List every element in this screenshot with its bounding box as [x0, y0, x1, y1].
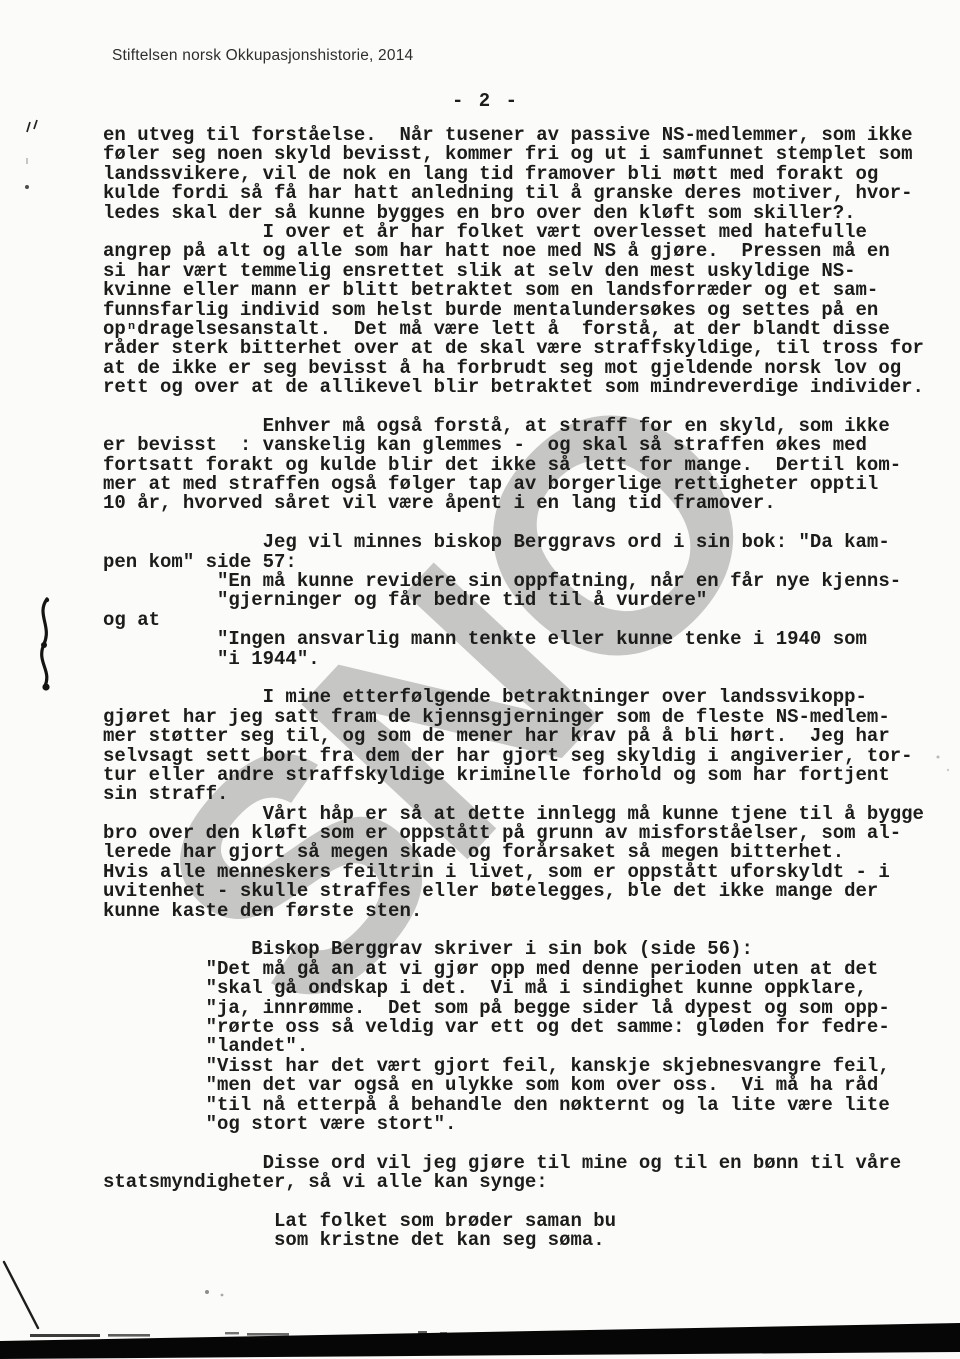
page-number: - 2 -	[452, 90, 519, 112]
scan-bottom-band	[0, 1323, 960, 1359]
text-line: "landet".	[103, 1037, 924, 1056]
text-line: Jeg vil minnes biskop Berggravs ord i si…	[103, 533, 924, 552]
text-line: "skal gå ondskap i det. Vi må i sindighe…	[103, 979, 924, 998]
ink-brace-mark	[41, 598, 50, 691]
text-line: "i 1944".	[103, 650, 924, 669]
text-line	[103, 1134, 924, 1153]
text-line: "og stort være stort".	[103, 1115, 924, 1134]
text-line: kunne kaste den første sten.	[103, 902, 924, 921]
pen-tick-marks	[25, 120, 37, 189]
text-line: uvitenhet - skulle straffes eller bøtele…	[103, 882, 924, 901]
text-line: Biskop Berggrav skriver i sin bok (side …	[103, 940, 924, 959]
text-line: "Ingen ansvarlig mann tenkte eller kunne…	[103, 630, 924, 649]
text-line	[103, 397, 924, 416]
text-line: rett og over at de allikevel blir betrak…	[103, 378, 924, 397]
text-line: som kristne det kan seg søma.	[103, 1231, 924, 1250]
scanned-document-page: Stiftelsen norsk Okkupasjonshistorie, 20…	[0, 0, 960, 1359]
text-line: "til nå etterpå å behandle den nøkternt …	[103, 1096, 924, 1115]
text-line: I mine etterfølgende betraktninger over …	[103, 688, 924, 707]
text-line: selvsagt sett bort fra dem der har gjort…	[103, 747, 924, 766]
text-line: funnsfarlig individ som helst burde ment…	[103, 301, 924, 320]
text-line: kulde fordi så få har hatt anledning til…	[103, 184, 924, 203]
text-line: mer støtter seg til, og som de mener har…	[103, 727, 924, 746]
text-line: statsmyndigheter, så vi alle kan synge:	[103, 1173, 924, 1192]
archive-stamp: Stiftelsen norsk Okkupasjonshistorie, 20…	[112, 47, 413, 65]
typewritten-text: en utveg til forståelse. Når tusener av …	[103, 126, 924, 1251]
text-line: råder sterk bitterhet over at de skal væ…	[103, 339, 924, 358]
text-line: angrep på alt og alle som har hatt noe m…	[103, 242, 924, 261]
text-line: er bevisst : vanskelig kan glemmes - og …	[103, 436, 924, 455]
text-line: kvinne eller mann er blitt betraktet som…	[103, 281, 924, 300]
text-line: sin straff.	[103, 785, 924, 804]
text-line: føler seg noen skyld bevisst, kommer fri…	[103, 145, 924, 164]
text-line: "gjerninger og får bedre tid til å vurde…	[103, 591, 924, 610]
text-line: 10 år, hvorved såret vil være åpent i en…	[103, 494, 924, 513]
text-line: lerede har gjort så megen skade og forår…	[103, 843, 924, 862]
bottom-dash-smudges	[30, 1326, 944, 1337]
text-line	[103, 1192, 924, 1211]
text-line: "men det var også en ulykke som kom over…	[103, 1076, 924, 1095]
handwritten-stroke	[4, 1262, 38, 1328]
